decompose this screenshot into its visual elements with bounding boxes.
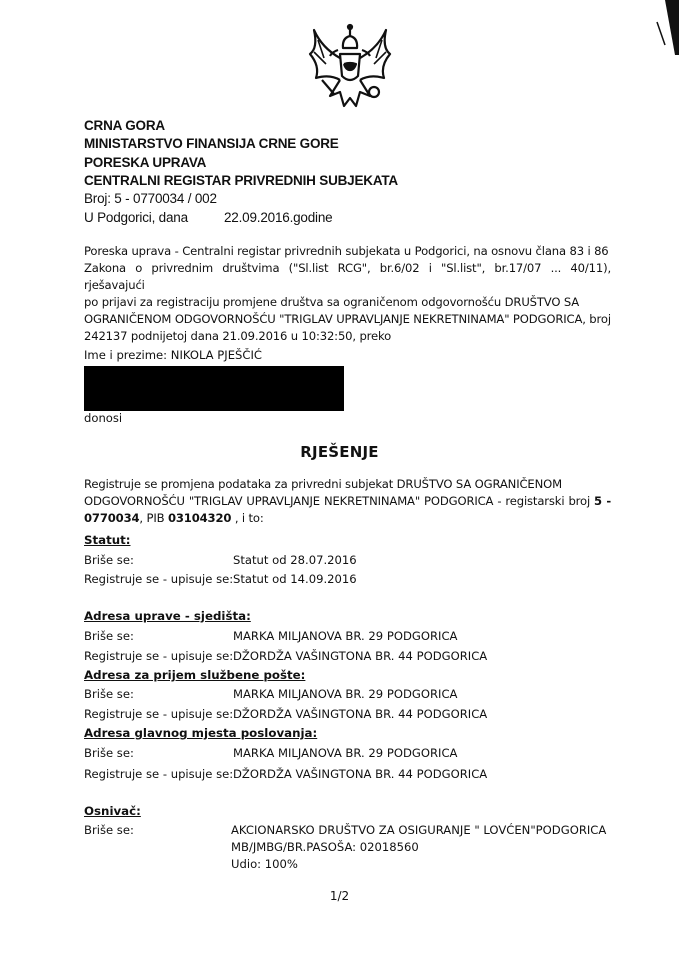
founder-details: AKCIONARSKO DRUŠTVO ZA OSIGURANJE " LOVĆ… xyxy=(231,822,606,873)
pib-number: 03104320 xyxy=(168,511,231,525)
row-value: Statut od 28.07.2016 xyxy=(233,553,357,567)
row-label: Registruje se - upisuje se: xyxy=(84,649,233,663)
header-registry: CENTRALNI REGISTAR PRIVREDNIH SUBJEKATA xyxy=(84,173,398,189)
page-number: 1/2 xyxy=(0,889,679,903)
intro-line: 242137 podnijetoj dana 21.09.2016 u 10:3… xyxy=(84,328,611,345)
header-country: CRNA GORA xyxy=(84,118,165,134)
intro-line: Poreska uprava - Centralni registar priv… xyxy=(84,243,611,260)
row-value: DŽORDŽA VAŠINGTONA BR. 44 PODGORICA xyxy=(233,649,487,663)
row-value: DŽORDŽA VAŠINGTONA BR. 44 PODGORICA xyxy=(233,767,487,781)
pib-label: , PIB xyxy=(139,511,168,525)
document-number: Broj: 5 - 0770034 / 002 xyxy=(84,191,217,207)
founder-share: Udio: 100% xyxy=(231,856,606,873)
applicant-name: Ime i prezime: NIKOLA PJEŠČIĆ xyxy=(84,348,262,362)
row-label: Briše se: xyxy=(84,687,134,701)
registration-line-3: 0770034, PIB 03104320 , i to: xyxy=(84,510,611,527)
row-value: MARKA MILJANOVA BR. 29 PODGORICA xyxy=(233,629,458,643)
registration-number-part2: 0770034 xyxy=(84,511,139,525)
intro-line: po prijavi za registraciju promjene druš… xyxy=(84,294,611,311)
row-label: Briše se: xyxy=(84,746,134,760)
section-title-business-address: Adresa glavnog mjesta poslovanja: xyxy=(84,726,317,740)
row-label: Briše se: xyxy=(84,823,134,837)
founder-name: AKCIONARSKO DRUŠTVO ZA OSIGURANJE " LOVĆ… xyxy=(231,822,606,839)
section-title-statut: Statut: xyxy=(84,533,131,547)
registration-line: ODGOVORNOŠĆU "TRIGLAV UPRAVLJANJE NEKRET… xyxy=(84,494,594,508)
intro-line: OGRANIČENOM ODGOVORNOŠĆU "TRIGLAV UPRAVL… xyxy=(84,311,611,328)
registration-line: Registruje se promjena podataka za privr… xyxy=(84,476,611,493)
registration-line-2: ODGOVORNOŠĆU "TRIGLAV UPRAVLJANJE NEKRET… xyxy=(84,493,611,510)
section-title-mail-address: Adresa za prijem službene pošte: xyxy=(84,668,305,682)
row-value: DŽORDŽA VAŠINGTONA BR. 44 PODGORICA xyxy=(233,707,487,721)
donosi-label: donosi xyxy=(84,411,122,425)
header-authority: PORESKA UPRAVA xyxy=(84,155,206,171)
document-title: RJEŠENJE xyxy=(0,443,679,461)
row-label: Briše se: xyxy=(84,553,134,567)
section-title-management-address: Adresa uprave - sjedišta: xyxy=(84,609,251,623)
section-title-founder: Osnivač: xyxy=(84,804,141,818)
header-ministry: MINISTARSTVO FINANSIJA CRNE GORE xyxy=(84,136,339,152)
row-label: Briše se: xyxy=(84,629,134,643)
scan-edge-mark xyxy=(655,0,679,55)
registration-number-part1: 5 - xyxy=(594,494,611,508)
intro-line: Zakona o privrednim društvima ("Sl.list … xyxy=(84,260,611,294)
redaction-block xyxy=(84,366,344,411)
founder-id: MB/JMBG/BR.PASOŠA: 02018560 xyxy=(231,839,606,856)
place-label: U Podgorici, dana xyxy=(84,210,188,226)
registration-tail: , i to: xyxy=(231,511,263,525)
row-label: Registruje se - upisuje se: xyxy=(84,707,233,721)
row-value: Statut od 14.09.2016 xyxy=(233,572,357,586)
montenegro-coat-of-arms-icon xyxy=(300,18,400,113)
registration-paragraph: Registruje se promjena podataka za privr… xyxy=(84,476,611,527)
intro-paragraph: Poreska uprava - Centralni registar priv… xyxy=(84,243,611,345)
row-label: Registruje se - upisuje se: xyxy=(84,767,233,781)
row-value: MARKA MILJANOVA BR. 29 PODGORICA xyxy=(233,746,458,760)
row-value: MARKA MILJANOVA BR. 29 PODGORICA xyxy=(233,687,458,701)
document-date: 22.09.2016.godine xyxy=(224,210,332,226)
row-label: Registruje se - upisuje se: xyxy=(84,572,233,586)
